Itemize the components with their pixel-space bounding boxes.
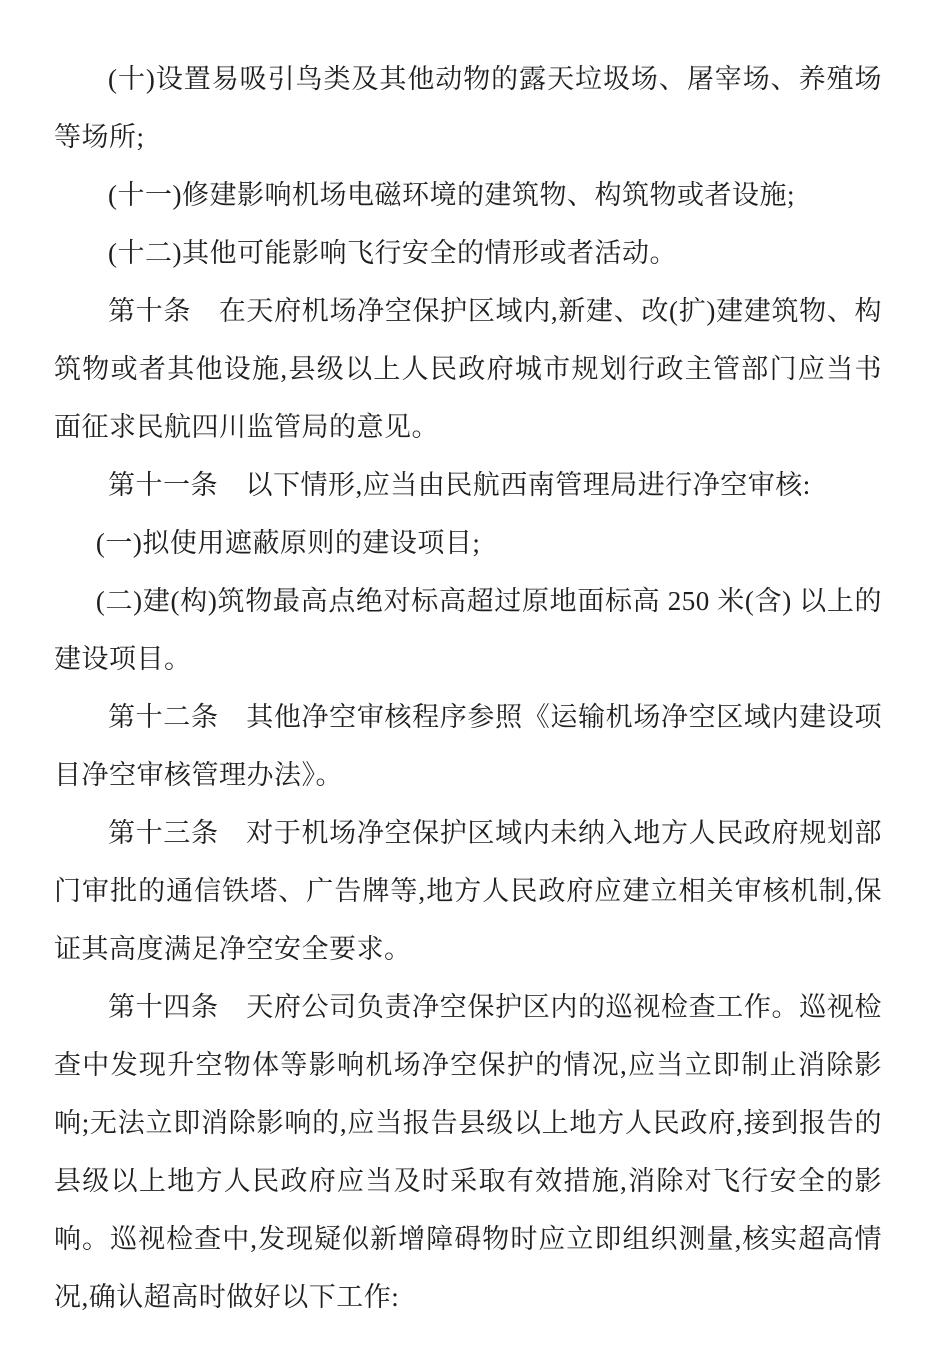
paragraph-item-12: (十二)其他可能影响飞行安全的情形或者活动。: [54, 224, 882, 282]
document-page: (十)设置易吸引鸟类及其他动物的露天垃圾场、屠宰场、养殖场等场所; (十一)修建…: [0, 0, 932, 1347]
document-body: (十)设置易吸引鸟类及其他动物的露天垃圾场、屠宰场、养殖场等场所; (十一)修建…: [54, 50, 882, 1326]
paragraph-subitem-1: (一)拟使用遮蔽原则的建设项目;: [54, 514, 882, 572]
paragraph-article-14: 第十四条 天府公司负责净空保护区内的巡视检查工作。巡视检查中发现升空物体等影响机…: [54, 978, 882, 1326]
paragraph-item-11: (十一)修建影响机场电磁环境的建筑物、构筑物或者设施;: [54, 166, 882, 224]
paragraph-article-11: 第十一条 以下情形,应当由民航西南管理局进行净空审核:: [54, 456, 882, 514]
paragraph-article-13: 第十三条 对于机场净空保护区域内未纳入地方人民政府规划部门审批的通信铁塔、广告牌…: [54, 804, 882, 978]
paragraph-subitem-2: (二)建(构)筑物最高点绝对标高超过原地面标高 250 米(含) 以上的建设项目…: [54, 572, 882, 688]
paragraph-article-12: 第十二条 其他净空审核程序参照《运输机场净空区域内建设项目净空审核管理办法》。: [54, 688, 882, 804]
paragraph-article-10: 第十条 在天府机场净空保护区域内,新建、改(扩)建建筑物、构筑物或者其他设施,县…: [54, 282, 882, 456]
paragraph-item-10: (十)设置易吸引鸟类及其他动物的露天垃圾场、屠宰场、养殖场等场所;: [54, 50, 882, 166]
